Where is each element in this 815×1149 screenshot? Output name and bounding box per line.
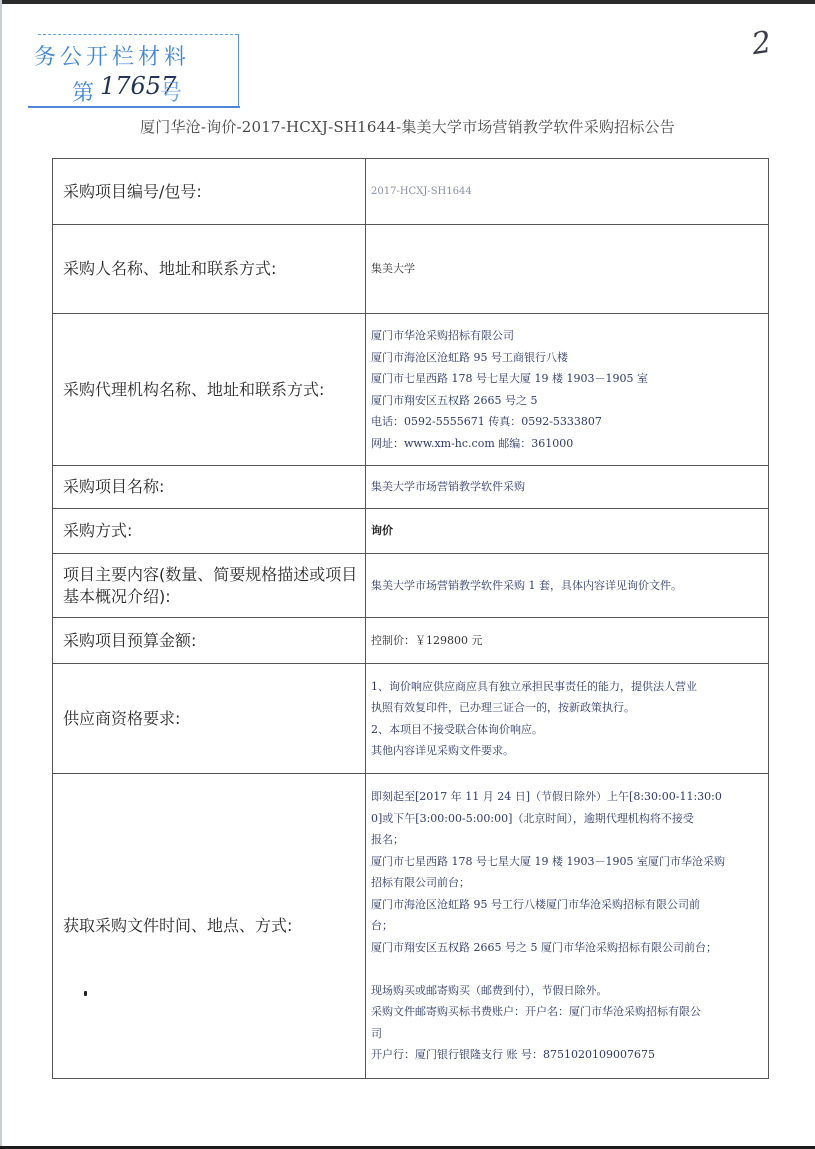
scan-left-edge: [0, 0, 2, 1149]
row-value: 集美大学市场营销教学软件采购: [366, 466, 769, 509]
row-value: 控制价：￥129800 元: [366, 618, 769, 664]
value-line: 厦门市七星西路 178 号七星大厦 19 楼 1903－1905 室: [371, 368, 760, 390]
value-line: 控制价：￥129800 元: [371, 630, 760, 652]
stamp-border-top: [38, 34, 238, 35]
row-label: 采购方式:: [53, 509, 366, 554]
stamp-border-bottom: [28, 106, 240, 108]
stamp-number-prefix: 第: [72, 76, 94, 107]
value-line-blank: [371, 958, 760, 980]
table-row-supplier-qualification: 供应商资格要求: 1、询价响应供应商应具有独立承担民事责任的能力，提供法人营业 …: [53, 664, 769, 774]
row-label: 采购项目名称:: [53, 466, 366, 509]
value-line: 2017-HCXJ-SH1644: [371, 181, 760, 203]
value-line: 1、询价响应供应商应具有独立承担民事责任的能力，提供法人营业: [371, 676, 760, 698]
procurement-info-table: 采购项目编号/包号: 2017-HCXJ-SH1644 采购人名称、地址和联系方…: [52, 158, 769, 1079]
scan-artifact-dot: [84, 991, 87, 996]
row-value: 集美大学: [366, 225, 769, 314]
value-line: 0]或下午[3:00:00-5:00:00]（北京时间），逾期代理机构将不接受: [371, 808, 760, 830]
value-line: 其他内容详见采购文件要求。: [371, 740, 760, 762]
stamp-number-suffix: 号: [160, 76, 182, 107]
value-line: 网址：www.xm-hc.com 邮编：361000: [371, 433, 760, 455]
value-line: 集美大学: [371, 258, 760, 280]
row-value: 询价: [366, 509, 769, 554]
row-value: 即刻起至[2017 年 11 月 24 日]（节假日除外）上午[8:30:00-…: [366, 774, 769, 1079]
row-label: 供应商资格要求:: [53, 664, 366, 774]
row-label: 采购项目编号/包号:: [53, 159, 366, 225]
value-line: 询价: [371, 520, 760, 542]
value-line: 开户行：厦门银行银隆支行 账 号：8751020109007675: [371, 1044, 760, 1066]
table-row-document-acquisition: 获取采购文件时间、地点、方式: 即刻起至[2017 年 11 月 24 日]（节…: [53, 774, 769, 1079]
value-line: 2、本项目不接受联合体询价响应。: [371, 719, 760, 741]
document-title: 厦门华沧-询价-2017-HCXJ-SH1644-集美大学市场营销教学软件采购招…: [0, 116, 815, 137]
row-value: 厦门市华沧采购招标有限公司 厦门市海沧区沧虹路 95 号工商银行八楼 厦门市七星…: [366, 314, 769, 466]
value-line: 集美大学市场营销教学软件采购: [371, 476, 760, 498]
table-row-project-name: 采购项目名称: 集美大学市场营销教学软件采购: [53, 466, 769, 509]
value-line: 台；: [371, 915, 760, 937]
value-line: 厦门市海沧区沧虹路 95 号工行八楼厦门市华沧采购招标有限公司前: [371, 894, 760, 916]
row-label: 采购人名称、地址和联系方式:: [53, 225, 366, 314]
value-line: 报名；: [371, 829, 760, 851]
table-row-procurement-method: 采购方式: 询价: [53, 509, 769, 554]
row-label: 采购代理机构名称、地址和联系方式:: [53, 314, 366, 466]
value-line: 集美大学市场营销教学软件采购 1 套，具体内容详见询价文件。: [371, 575, 760, 597]
table-row-budget: 采购项目预算金额: 控制价：￥129800 元: [53, 618, 769, 664]
stamp-title: 务公开栏材料: [34, 40, 190, 71]
value-line: 厦门市海沧区沧虹路 95 号工商银行八楼: [371, 347, 760, 369]
value-line: 采购文件邮寄购买标书费账户：开户名：厦门市华沧采购招标有限公: [371, 1001, 760, 1023]
table-row-main-content: 项目主要内容(数量、简要规格描述或项目基本概况介绍): 集美大学市场营销教学软件…: [53, 554, 769, 618]
row-label: 项目主要内容(数量、简要规格描述或项目基本概况介绍):: [53, 554, 366, 618]
value-line: 现场购买或邮寄购买（邮费到付），节假日除外。: [371, 980, 760, 1002]
value-line: 电话：0592-5555671 传真：0592-5333807: [371, 411, 760, 433]
value-line: 执照有效复印件，已办理三证合一的，按新政策执行。: [371, 697, 760, 719]
stamp-border-right: [238, 34, 239, 106]
value-line: 厦门市翔安区五权路 2665 号之 5 厦门市华沧采购招标有限公司前台；: [371, 937, 760, 959]
table-row-purchaser: 采购人名称、地址和联系方式: 集美大学: [53, 225, 769, 314]
value-line: 厦门市翔安区五权路 2665 号之 5: [371, 390, 760, 412]
value-line: 厦门市华沧采购招标有限公司: [371, 325, 760, 347]
row-value: 集美大学市场营销教学软件采购 1 套，具体内容详见询价文件。: [366, 554, 769, 618]
row-label: 采购项目预算金额:: [53, 618, 366, 664]
archive-stamp: 务公开栏材料 第 17657 号: [20, 32, 242, 110]
scan-top-edge: [0, 0, 815, 4]
value-line: 厦门市七星西路 178 号七星大厦 19 楼 1903－1905 室厦门市华沧采…: [371, 851, 760, 873]
handwritten-page-number: 2: [750, 25, 774, 62]
value-line: 司: [371, 1023, 760, 1045]
row-value: 2017-HCXJ-SH1644: [366, 159, 769, 225]
value-line: 即刻起至[2017 年 11 月 24 日]（节假日除外）上午[8:30:00-…: [371, 786, 760, 808]
table-row-agency: 采购代理机构名称、地址和联系方式: 厦门市华沧采购招标有限公司 厦门市海沧区沧虹…: [53, 314, 769, 466]
table-row-project-number: 采购项目编号/包号: 2017-HCXJ-SH1644: [53, 159, 769, 225]
value-line: 招标有限公司前台；: [371, 872, 760, 894]
row-label: 获取采购文件时间、地点、方式:: [53, 774, 366, 1079]
row-value: 1、询价响应供应商应具有独立承担民事责任的能力，提供法人营业 执照有效复印件，已…: [366, 664, 769, 774]
